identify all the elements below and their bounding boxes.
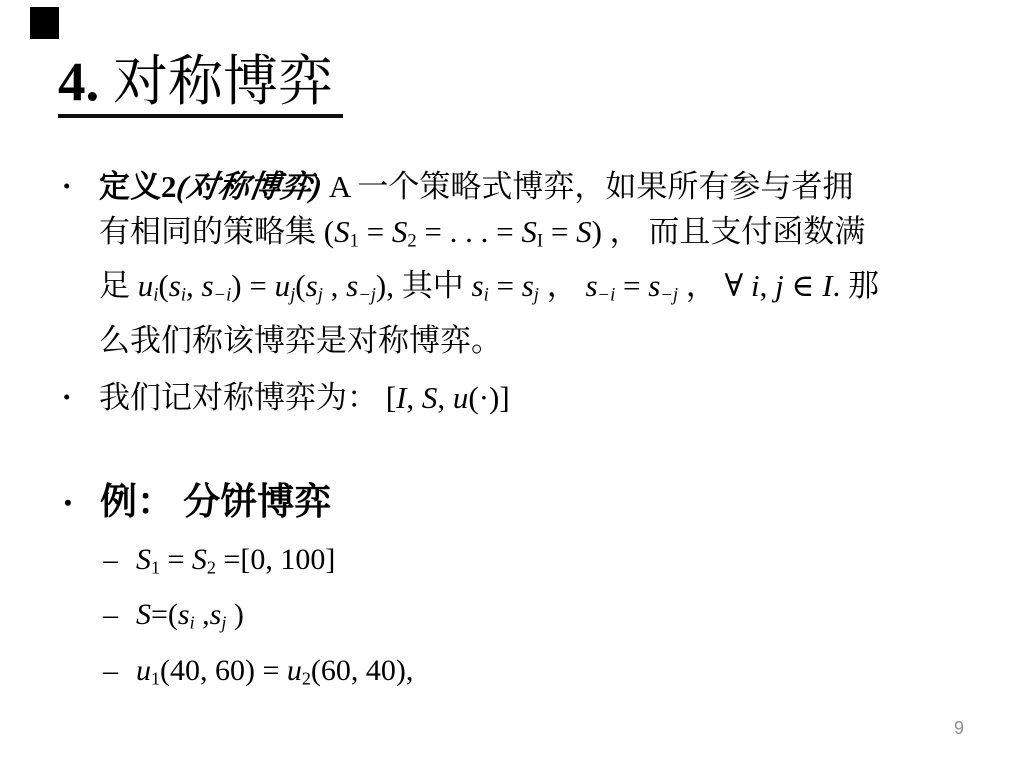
definition-line-3: 足 ui(si, s−i) = uj(sj , s−j), 其中 si = sj… [99,263,976,317]
notation-line: 我们记对称博弈为： [I, S, u(·)] [99,375,976,420]
definition-line-4: 么我们称该博弈是对称博弈。 [99,318,976,363]
bullet-icon: • [60,375,99,420]
notation-text: 我们记对称博弈为： [I, S, u(·)] [99,375,976,420]
example-item-1: – S1 = S2 =[0, 100] [60,536,976,591]
bullet-icon: • [60,480,100,526]
example-item-3-text: u1(40, 60) = u2(60, 40), [136,647,413,702]
example-item-2-text: S=(si ,sj ) [136,591,244,646]
slide: 4. 对称博弈 • 定义2 (对称博弈) A 一个策略式博弈，如果所有参与者拥 … [0,0,1024,768]
bullet-example-header: • 例： 分饼博弈 [60,480,976,526]
example-item-2: – S=(si ,sj ) [60,591,976,646]
definition-line-1: 定义2 (对称博弈) A 一个策略式博弈，如果所有参与者拥 [99,164,976,209]
example-item-3: – u1(40, 60) = u2(60, 40), [60,647,976,702]
slide-body: • 定义2 (对称博弈) A 一个策略式博弈，如果所有参与者拥 有相同的策略集 … [60,164,976,702]
bullet-notation: • 我们记对称博弈为： [I, S, u(·)] [60,375,976,420]
example-item-1-text: S1 = S2 =[0, 100] [136,536,335,591]
page-title-text: 4. 对称博弈 [58,50,343,118]
page-title: 4. 对称博弈 [58,50,343,118]
definition-line-2: 有相同的策略集 (S1 = S2 = . . . = SI = S) ， 而且支… [99,209,976,263]
dash-icon: – [103,647,136,695]
dash-icon: – [103,591,136,639]
example-header-text: 例： 分饼博弈 [100,480,976,526]
corner-marker [30,7,59,39]
bullet-definition: • 定义2 (对称博弈) A 一个策略式博弈，如果所有参与者拥 有相同的策略集 … [60,164,976,363]
example-header-line: 例： 分饼博弈 [100,480,976,526]
page-number: 9 [954,718,964,739]
definition-text: 定义2 (对称博弈) A 一个策略式博弈，如果所有参与者拥 有相同的策略集 (S… [99,164,976,363]
example-sublist: – S1 = S2 =[0, 100] – S=(si ,sj ) – u1(4… [60,536,976,702]
bullet-icon: • [60,164,99,209]
dash-icon: – [103,536,136,584]
